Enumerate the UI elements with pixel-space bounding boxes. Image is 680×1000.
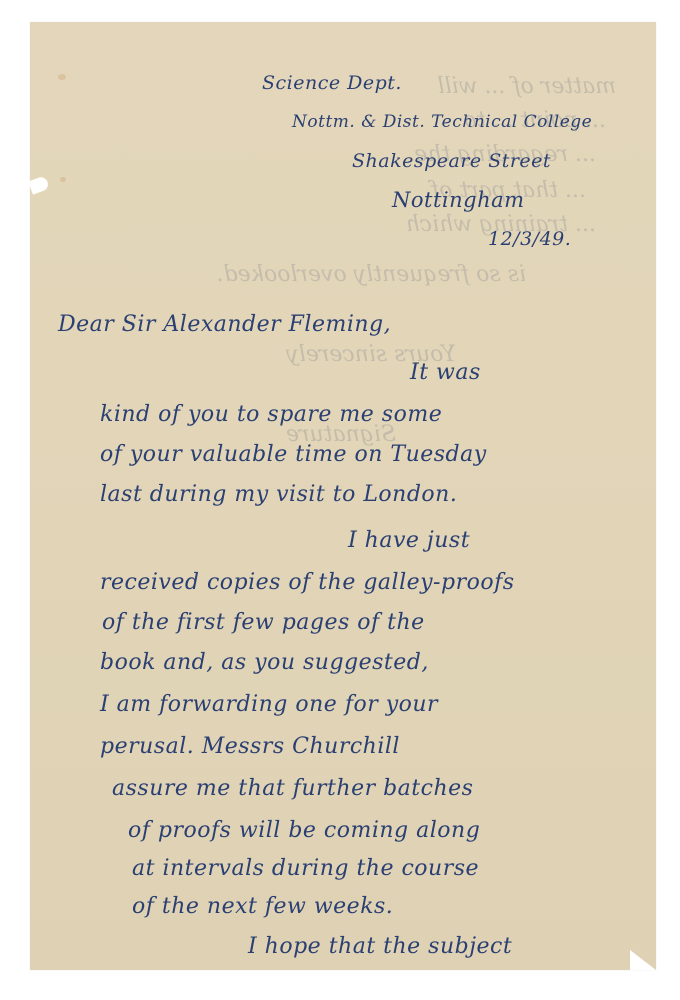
body-line: book and, as you suggested, xyxy=(100,650,429,675)
letter-paper: matter of ... will ... point ... to ... … xyxy=(30,22,656,970)
address-line-college: Nottm. & Dist. Technical College xyxy=(292,112,592,132)
folded-corner xyxy=(630,950,656,970)
salutation: Dear Sir Alexander Fleming, xyxy=(58,312,391,337)
body-line: assure me that further batches xyxy=(112,776,473,801)
body-line: I have just xyxy=(348,528,470,553)
body-line: of your valuable time on Tuesday xyxy=(100,442,487,467)
body-line: perusal. Messrs Churchill xyxy=(100,734,400,759)
letter-date: 12/3/49. xyxy=(488,228,571,250)
ghost-line: matter of ... will xyxy=(438,74,616,99)
address-line-street: Shakespeare Street xyxy=(352,150,551,172)
address-line-department: Science Dept. xyxy=(262,72,402,94)
body-line: It was xyxy=(410,360,481,385)
paper-stain xyxy=(58,74,66,80)
body-line: I hope that the subject xyxy=(248,934,512,959)
body-line: of proofs will be coming along xyxy=(128,818,480,843)
address-line-city: Nottingham xyxy=(392,188,525,212)
body-line: of the next few weeks. xyxy=(132,894,393,919)
body-line: at intervals during the course xyxy=(132,856,479,881)
ghost-line: is so frequently overlooked. xyxy=(217,262,526,287)
paper-stain xyxy=(60,177,66,182)
body-line: I am forwarding one for your xyxy=(100,692,438,717)
body-line: last during my visit to London. xyxy=(100,482,457,507)
body-line: kind of you to spare me some xyxy=(100,402,442,427)
body-line: of the first few pages of the xyxy=(102,610,425,635)
body-line: received copies of the galley-proofs xyxy=(100,570,515,595)
document-scan: matter of ... will ... point ... to ... … xyxy=(0,0,680,1000)
